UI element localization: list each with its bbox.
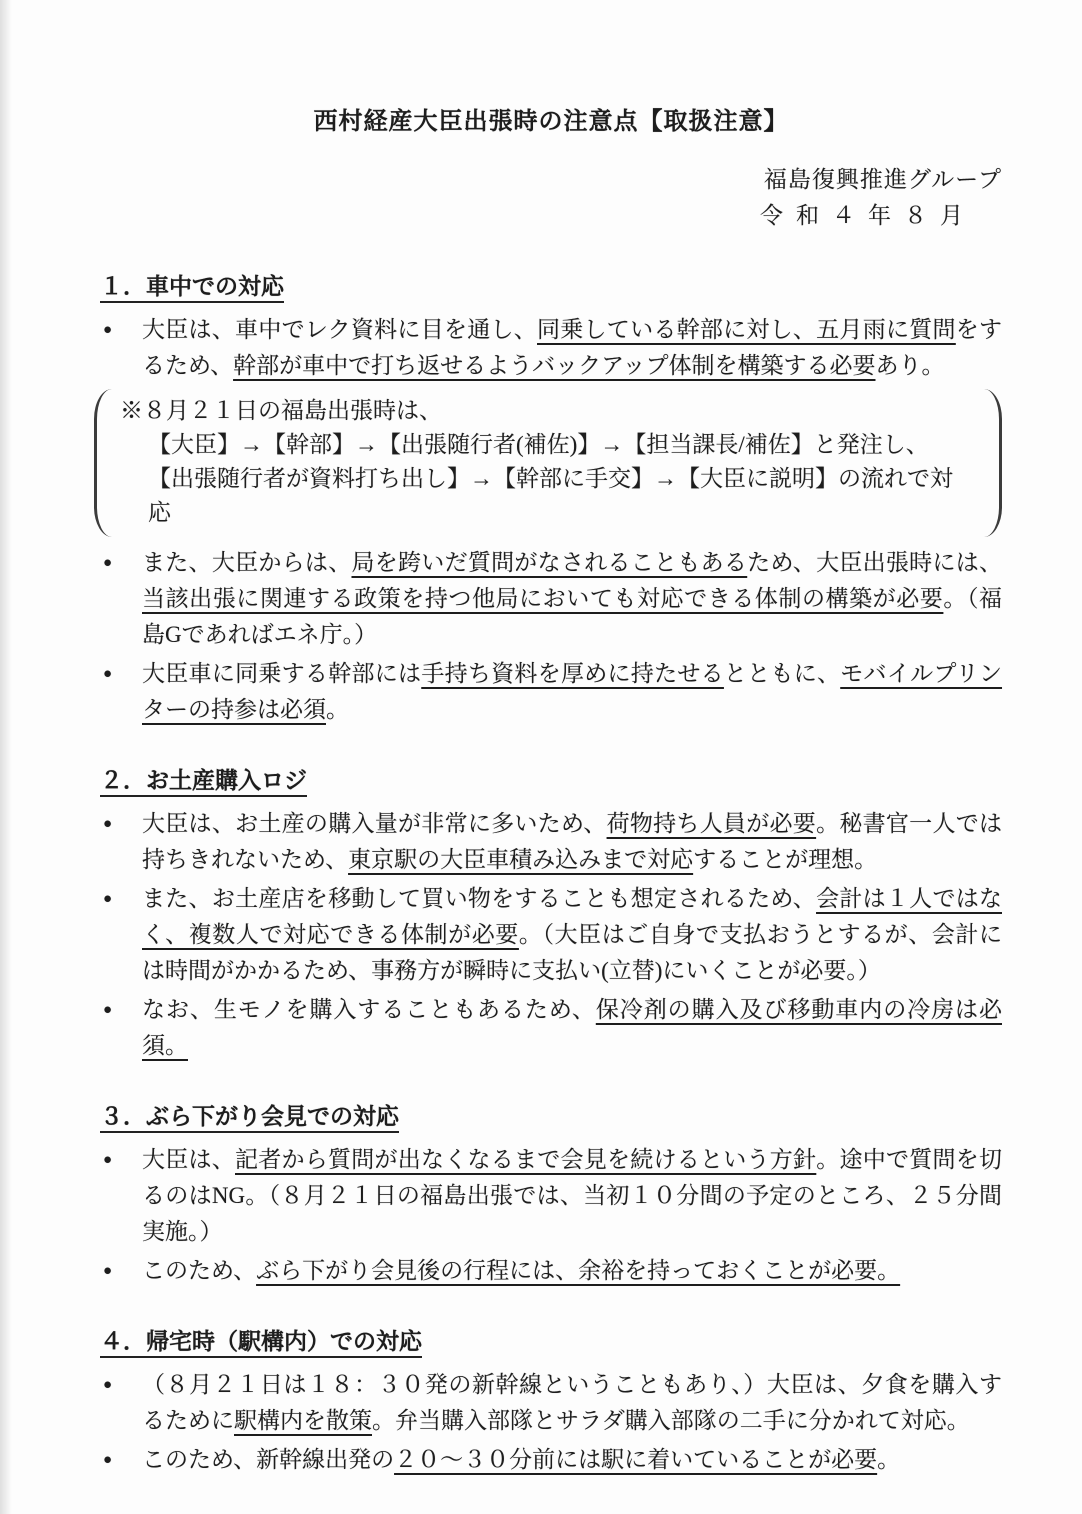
section-return: ４．帰宅時（駅構内）での対応 ● （８月２１日は１８：３０発の新幹線ということも… — [100, 1325, 1002, 1478]
page-title: 西村経産大臣出張時の注意点【取扱注意】 — [100, 104, 1002, 140]
text-segment: 大臣は、 — [142, 1147, 235, 1172]
underlined-segment: ぶら下がり会見後の行程には、余裕を持っておくことが必要。 — [256, 1258, 900, 1283]
bullet-icon: ● — [103, 656, 112, 692]
underlined-segment: 局を跨いだ質問がなされることもある — [351, 550, 747, 575]
bullet-item: ● このため、新幹線出発の２０～３０分前には駅に着いていることが必要。 — [100, 1442, 1002, 1478]
underlined-segment: 記者から質問が出なくなるまで会見を続けるという方針 — [235, 1147, 816, 1172]
bullet-text: このため、ぶら下がり会見後の行程には、余裕を持っておくことが必要。 — [142, 1258, 900, 1283]
bullet-text: （８月２１日は１８：３０発の新幹線ということもあり、）大臣は、夕食を購入するため… — [142, 1372, 1002, 1433]
text-segment: このため、新幹線出発の — [142, 1447, 394, 1472]
document-meta: 福島復興推進グループ 令和４年８月 — [100, 162, 1002, 234]
section-heading: １．車中での対応 — [100, 270, 1002, 304]
bullet-item: ● また、大臣からは、局を跨いだ質問がなされることもあるため、大臣出張時には、当… — [100, 545, 1002, 653]
text-segment: ため、大臣出張時には、 — [747, 550, 1002, 575]
text-segment: 大臣は、車中でレク資料に目を通し、 — [142, 317, 537, 342]
bullet-item: ● 大臣は、記者から質問が出なくなるまで会見を続けるという方針。途中で質問を切る… — [100, 1142, 1002, 1250]
bullet-icon: ● — [103, 545, 112, 581]
note-line: 【大臣】→【幹部】→【出張随行者(補佐)】→【担当課長/補佐】と発注し、 — [120, 428, 972, 462]
document-page: 西村経産大臣出張時の注意点【取扱注意】 福島復興推進グループ 令和４年８月 １．… — [0, 0, 1082, 1514]
note-box: ※８月２１日の福島出張時は、 【大臣】→【幹部】→【出張随行者(補佐)】→【担当… — [94, 387, 1002, 539]
document-content: 西村経産大臣出張時の注意点【取扱注意】 福島復興推進グループ 令和４年８月 １．… — [0, 0, 1082, 1478]
bullet-icon: ● — [103, 1367, 112, 1403]
bullet-icon: ● — [103, 881, 112, 917]
bullet-item: ● （８月２１日は１８：３０発の新幹線ということもあり、）大臣は、夕食を購入する… — [100, 1367, 1002, 1439]
underlined-segment: 手持ち資料を厚めに持たせる — [421, 661, 724, 686]
text-segment: なお、生モノを購入することもあるため、 — [142, 997, 596, 1022]
text-segment: また、お土産店を移動して買い物をすることも想定されるため、 — [142, 886, 816, 911]
bullet-item: ● また、お土産店を移動して買い物をすることも想定されるため、会計は１人ではなく… — [100, 881, 1002, 989]
bullet-text: また、大臣からは、局を跨いだ質問がなされることもあるため、大臣出張時には、当該出… — [142, 550, 1002, 647]
underlined-segment: 駅構内を散策 — [234, 1408, 372, 1433]
section-press: ３．ぶら下がり会見での対応 ● 大臣は、記者から質問が出なくなるまで会見を続ける… — [100, 1100, 1002, 1289]
bullet-icon: ● — [103, 1442, 112, 1478]
bullet-text: このため、新幹線出発の２０～３０分前には駅に着いていることが必要。 — [142, 1447, 900, 1472]
section-heading: ２．お土産購入ロジ — [100, 764, 1002, 798]
note-line: ※８月２１日の福島出張時は、 — [120, 394, 972, 428]
bullet-text: 大臣車に同乗する幹部には手持ち資料を厚めに持たせるとともに、モバイルプリンターの… — [142, 661, 1002, 722]
bullet-text: なお、生モノを購入することもあるため、保冷剤の購入及び移動車内の冷房は必須。 — [142, 997, 1002, 1058]
text-segment: このため、 — [142, 1258, 256, 1283]
text-segment: することが理想。 — [693, 847, 877, 872]
underlined-segment: 東京駅の大臣車積み込みまで対応 — [348, 847, 693, 872]
text-segment: 。 — [877, 1447, 900, 1472]
text-segment: 大臣車に同乗する幹部には — [142, 661, 421, 686]
bullet-item: ● なお、生モノを購入することもあるため、保冷剤の購入及び移動車内の冷房は必須。 — [100, 992, 1002, 1064]
section-heading: ３．ぶら下がり会見での対応 — [100, 1100, 1002, 1134]
bullet-text: また、お土産店を移動して買い物をすることも想定されるため、会計は１人ではなく、複… — [142, 886, 1002, 983]
bullet-icon: ● — [103, 1253, 112, 1289]
bullet-text: 大臣は、車中でレク資料に目を通し、同乗している幹部に対し、五月雨に質問をするため… — [142, 317, 1002, 378]
bullet-item: ● 大臣車に同乗する幹部には手持ち資料を厚めに持たせるとともに、モバイルプリンタ… — [100, 656, 1002, 728]
bullet-icon: ● — [103, 1142, 112, 1178]
bullet-item: ● 大臣は、お土産の購入量が非常に多いため、荷物持ち人員が必要。秘書官一人では持… — [100, 806, 1002, 878]
section-heading: ４．帰宅時（駅構内）での対応 — [100, 1325, 1002, 1359]
note-line: 【出張随行者が資料打ち出し】→【幹部に手交】→【大臣に説明】の流れで対応 — [120, 462, 972, 530]
bullet-text: 大臣は、記者から質問が出なくなるまで会見を続けるという方針。途中で質問を切るのは… — [142, 1147, 1002, 1244]
bullet-text: 大臣は、お土産の購入量が非常に多いため、荷物持ち人員が必要。秘書官一人では持ちき… — [142, 811, 1002, 872]
underlined-segment: 荷物持ち人員が必要 — [607, 811, 816, 836]
document-date: 令和４年８月 — [100, 198, 1002, 234]
underlined-segment: 同乗している幹部に対し、五月雨に質問 — [537, 317, 956, 342]
text-segment: 。 — [326, 697, 349, 722]
bullet-icon: ● — [103, 806, 112, 842]
text-segment: また、大臣からは、 — [142, 550, 351, 575]
author-group: 福島復興推進グループ — [100, 162, 1002, 198]
underlined-segment: 幹部が車中で打ち返せるようバックアップ体制を構築する必要 — [233, 353, 875, 378]
text-segment: 。弁当購入部隊とサラダ購入部隊の二手に分かれて対応。 — [372, 1408, 970, 1433]
text-segment: とともに、 — [724, 661, 840, 686]
bullet-icon: ● — [103, 312, 112, 348]
section-souvenir: ２．お土産購入ロジ ● 大臣は、お土産の購入量が非常に多いため、荷物持ち人員が必… — [100, 764, 1002, 1064]
section-car: １．車中での対応 ● 大臣は、車中でレク資料に目を通し、同乗している幹部に対し、… — [100, 270, 1002, 728]
bullet-icon: ● — [103, 992, 112, 1028]
bullet-item: ● 大臣は、車中でレク資料に目を通し、同乗している幹部に対し、五月雨に質問をする… — [100, 312, 1002, 384]
underlined-segment: ２０～３０分前には駅に着いていることが必要 — [394, 1447, 877, 1472]
text-segment: あり。 — [875, 353, 944, 378]
left-parenthesis-bracket — [94, 389, 117, 537]
right-parenthesis-bracket — [979, 389, 1002, 537]
text-segment: 大臣は、お土産の購入量が非常に多いため、 — [142, 811, 607, 836]
bullet-item: ● このため、ぶら下がり会見後の行程には、余裕を持っておくことが必要。 — [100, 1253, 1002, 1289]
underlined-segment: 当該出張に関連する政策を持つ他局においても対応できる体制の構築が必要 — [142, 586, 943, 611]
